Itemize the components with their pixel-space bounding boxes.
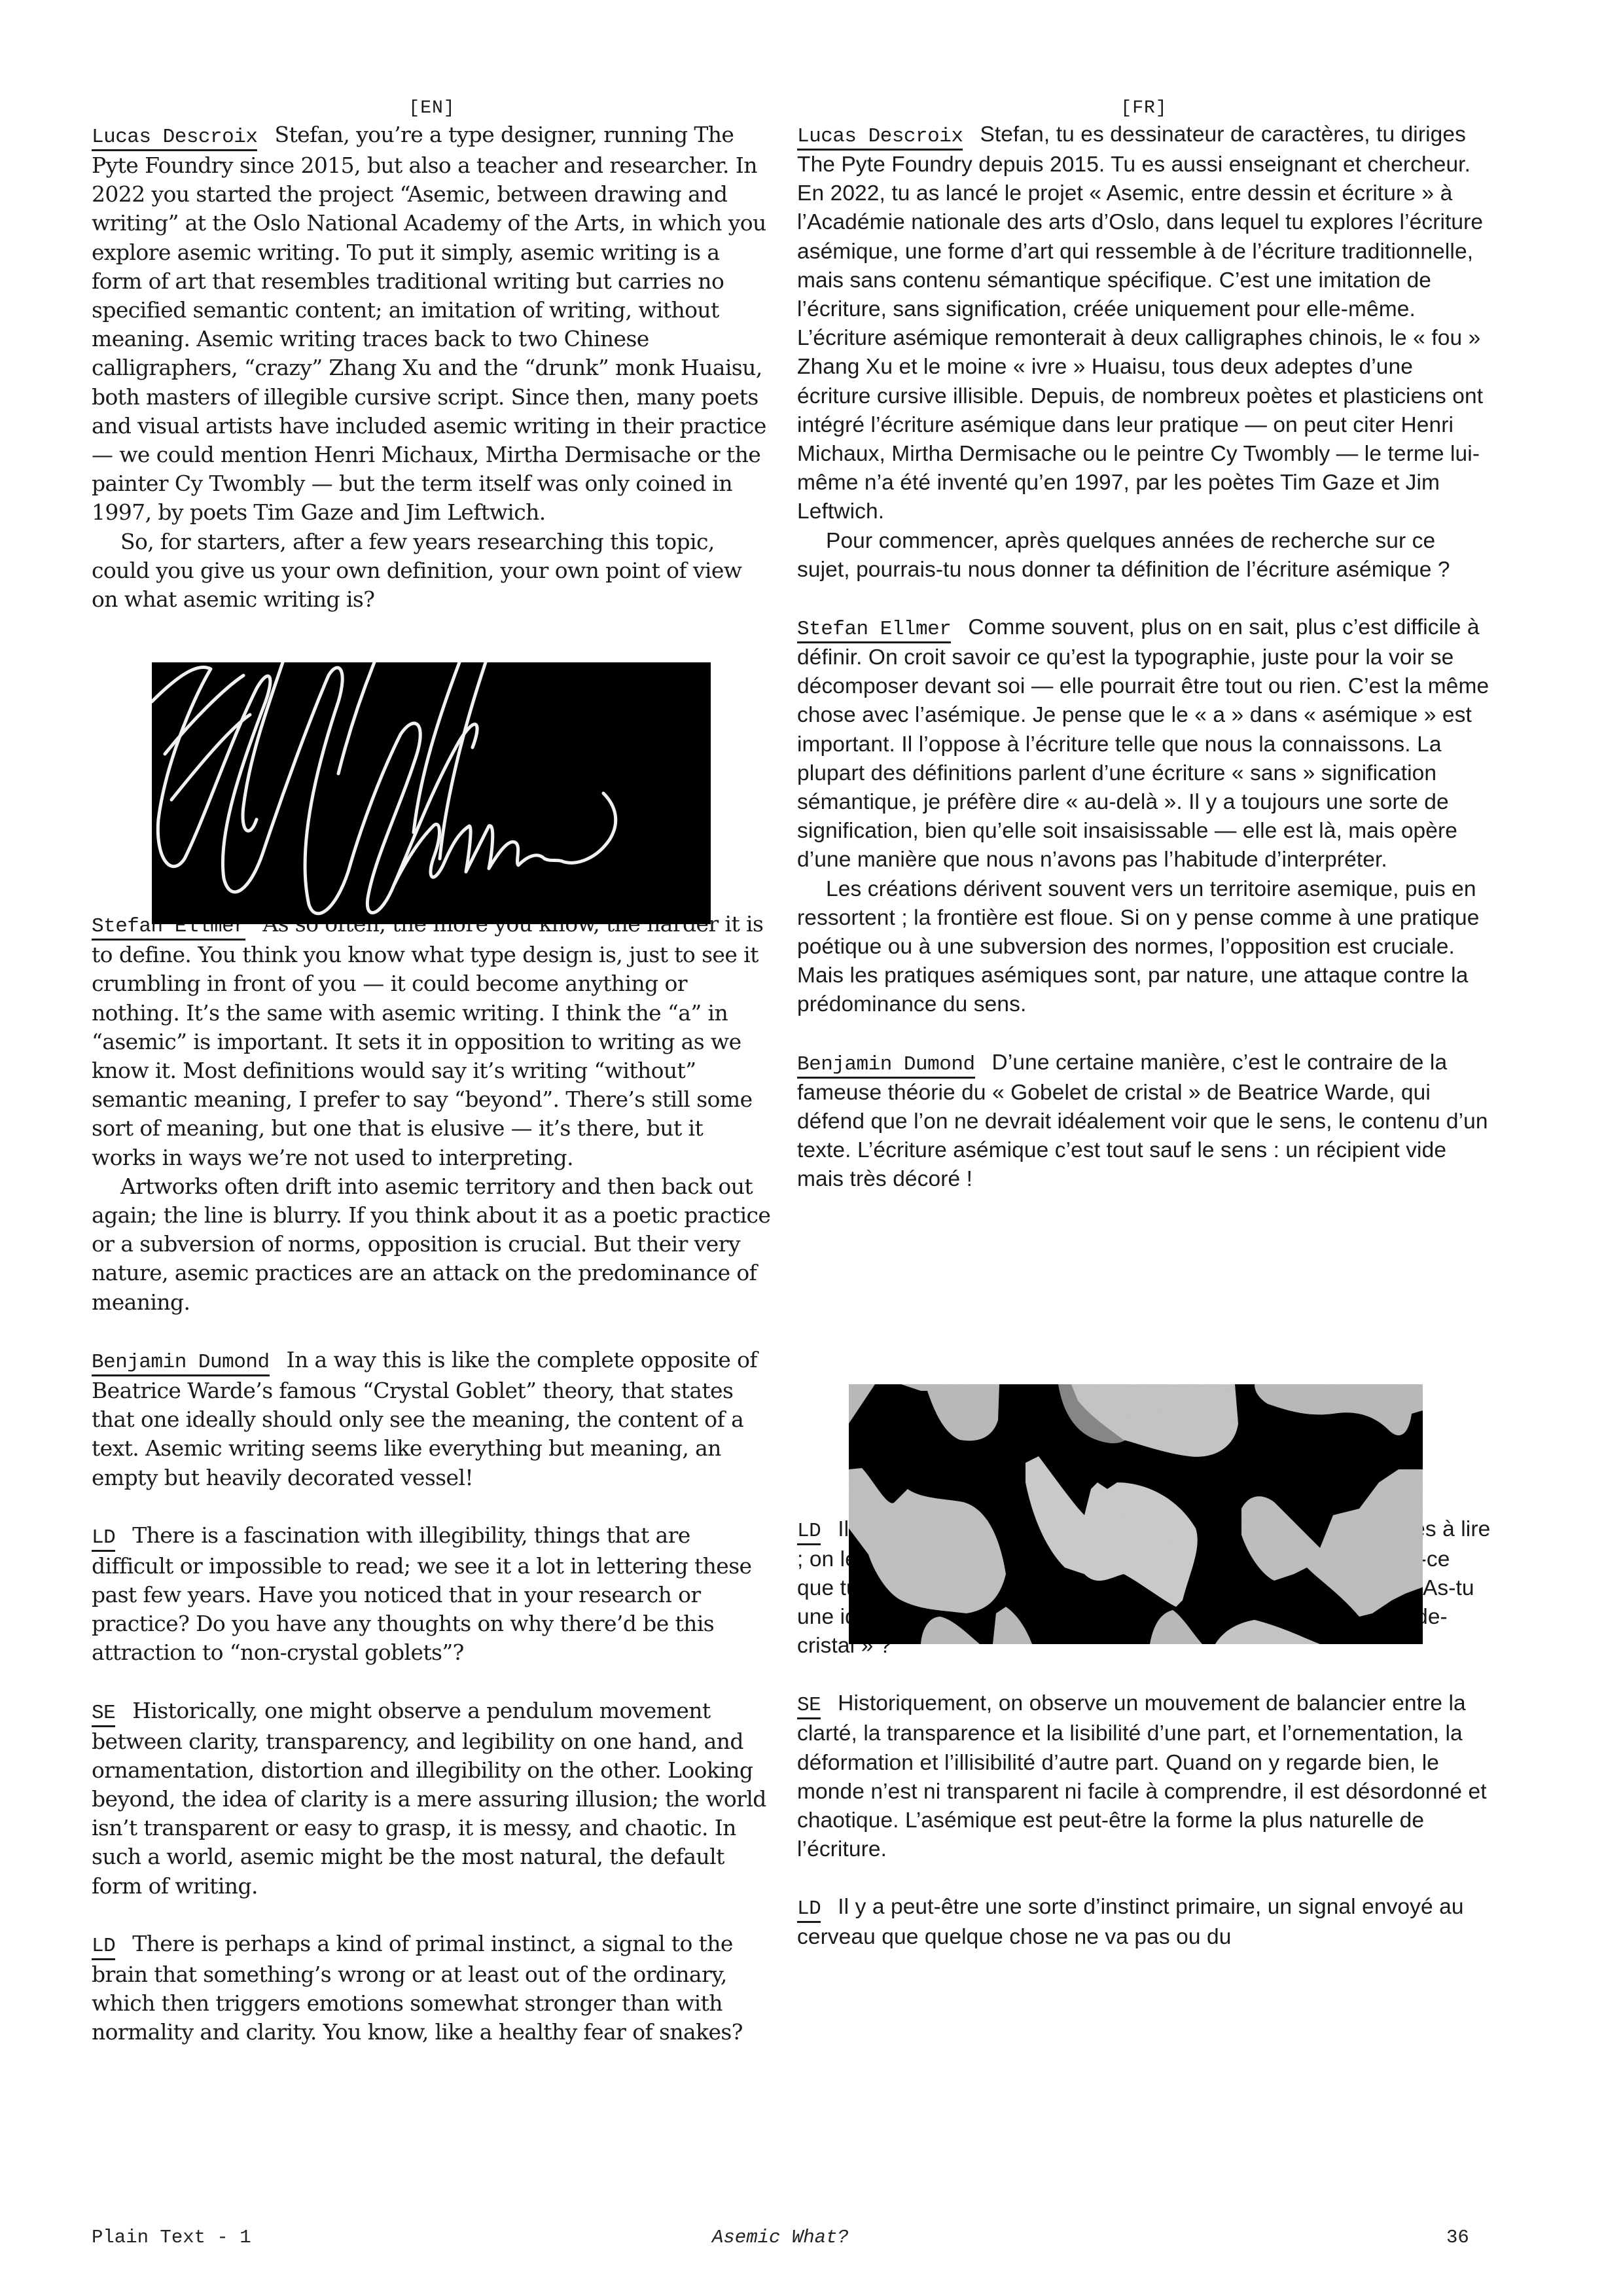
paragraph: LDThere is a fascination with illegibili… <box>92 1521 772 1668</box>
footer-publication: Plain Text - 1 <box>92 2227 251 2248</box>
speaker-name: Stefan Ellmer <box>797 618 951 643</box>
language-tag-fr: [FR] <box>797 97 1491 120</box>
paragraph: Benjamin DumondIn a way this is like the… <box>92 1346 772 1492</box>
paragraph: SEHistorically, one might observe a pend… <box>92 1696 772 1901</box>
spacer <box>797 1660 1491 1689</box>
paragraph: Stefan EllmerComme souvent, plus on en s… <box>797 613 1491 875</box>
paragraph: LDThere is perhaps a kind of primal inst… <box>92 1929 772 2047</box>
interview-block: LDThere is a fascination with illegibili… <box>92 1521 772 1668</box>
paragraph: LDIl y a peut-être une sorte d’instinct … <box>797 1893 1491 1952</box>
cursive-scribble-image <box>152 662 711 924</box>
speaker-initials: LD <box>797 1897 821 1923</box>
french-column: [FR] Lucas DescroixStefan, tu es dessina… <box>797 97 1491 1952</box>
interview-block: LDThere is perhaps a kind of primal inst… <box>92 1929 772 2047</box>
spacer <box>92 1492 772 1521</box>
speaker-initials: LD <box>92 1935 115 1960</box>
spacer <box>797 1864 1491 1893</box>
speaker-name: Benjamin Dumond <box>92 1351 270 1376</box>
interview-block: Lucas DescroixStefan, you’re a type desi… <box>92 120 772 614</box>
paragraph: Lucas DescroixStefan, you’re a type desi… <box>92 120 772 528</box>
interview-block: SEHistorically, one might observe a pend… <box>92 1696 772 1901</box>
paragraph: Lucas DescroixStefan, tu es dessinateur … <box>797 120 1491 527</box>
interview-block: Stefan EllmerComme souvent, plus on en s… <box>797 613 1491 1020</box>
speaker-name: Lucas Descroix <box>92 126 257 151</box>
interview-block: Benjamin DumondIn a way this is like the… <box>92 1346 772 1492</box>
speaker-initials: SE <box>92 1702 115 1727</box>
speaker-name: Lucas Descroix <box>797 125 963 151</box>
spacer <box>797 584 1491 613</box>
footer-article-title: Asemic What? <box>712 2227 849 2248</box>
page-number: 36 <box>1446 2227 1469 2248</box>
spacer <box>92 1668 772 1696</box>
language-tag-en: [EN] <box>92 97 772 120</box>
watercolor-brush-image <box>849 1384 1423 1644</box>
speaker-initials: LD <box>92 1526 115 1552</box>
interview-block: SEHistoriquement, on observe un mouvemen… <box>797 1689 1491 1864</box>
paragraph: Les créations dérivent souvent vers un t… <box>797 875 1491 1020</box>
paragraph: So, for starters, after a few years rese… <box>92 528 772 615</box>
paragraph: Artworks often drift into asemic territo… <box>92 1172 772 1317</box>
spacer <box>92 1317 772 1346</box>
spacer <box>797 1020 1491 1049</box>
paragraph: Stefan EllmerAs so often, the more you k… <box>92 910 772 1172</box>
interview-block: Stefan EllmerAs so often, the more you k… <box>92 910 772 1317</box>
brush-marks-figure <box>849 1384 1423 1644</box>
speaker-name: Benjamin Dumond <box>797 1053 975 1079</box>
interview-block: Benjamin DumondD’une certaine manière, c… <box>797 1049 1491 1194</box>
paragraph: Benjamin DumondD’une certaine manière, c… <box>797 1049 1491 1194</box>
english-column: [EN] Lucas DescroixStefan, you’re a type… <box>92 97 772 2047</box>
paragraph: SEHistoriquement, on observe un mouvemen… <box>797 1689 1491 1864</box>
speaker-initials: SE <box>797 1694 821 1719</box>
paragraph: Pour commencer, après quelques années de… <box>797 527 1491 584</box>
calligraphy-figure <box>152 662 711 924</box>
interview-block: LDIl y a peut-être une sorte d’instinct … <box>797 1893 1491 1952</box>
spacer <box>92 1901 772 1929</box>
speaker-initials: LD <box>797 1520 821 1545</box>
interview-block: Lucas DescroixStefan, tu es dessinateur … <box>797 120 1491 584</box>
